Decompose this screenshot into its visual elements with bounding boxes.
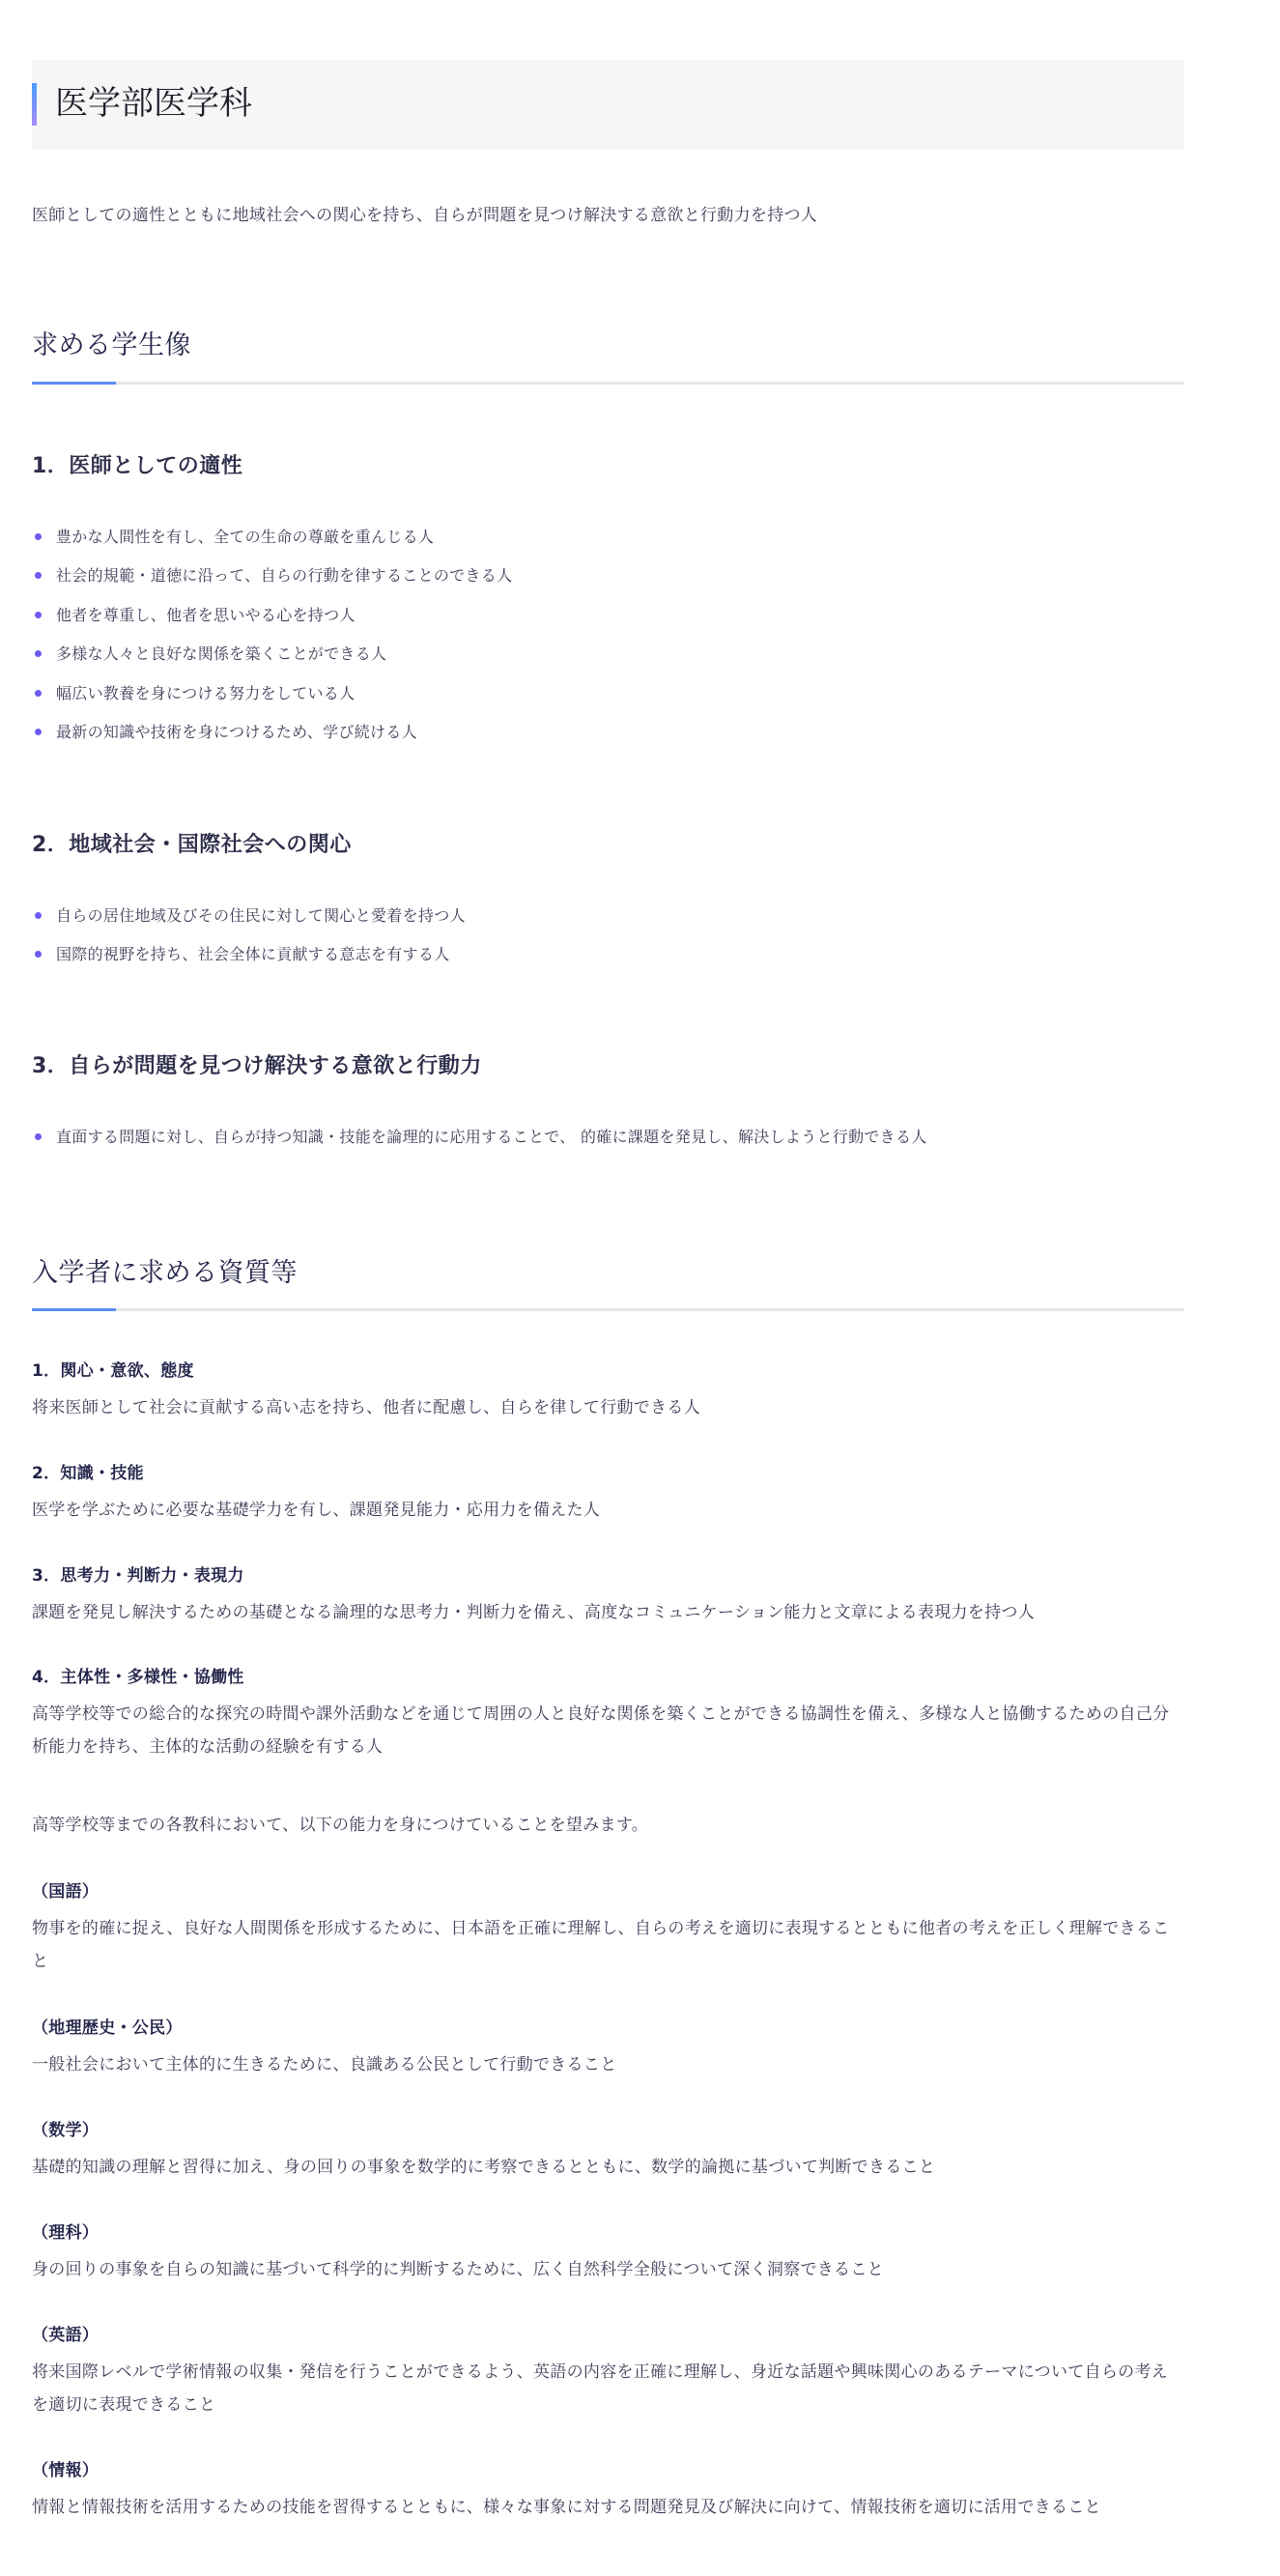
section-divider <box>32 1308 1184 1311</box>
quality-item: 4．主体性・多様性・協働性 高等学校等での総合的な探究の時間や課外活動などを通じ… <box>32 1665 1184 1763</box>
list-item: 豊かな人間性を有し、全ての生命の尊厳を重んじる人 <box>32 527 512 565</box>
quality-item: 3．思考力・判断力・表現力 課題を発見し解決するための基礎となる論理的な思考力・… <box>32 1563 1184 1629</box>
subject-text: 物事を的確に捉え、良好な人間関係を形成するために、日本語を正確に理解し、自らの考… <box>32 1912 1184 1978</box>
section-divider <box>32 382 1184 385</box>
list-item: 社会的規範・道徳に沿って、自らの行動を律することのできる人 <box>32 565 512 604</box>
community-list: 自らの居住地域及びその住民に対して関心と愛着を持つ人 国際的視野を持ち、社会全体… <box>32 905 466 984</box>
quality-label: 3．思考力・判断力・表現力 <box>32 1563 1184 1589</box>
subject-label: （英語） <box>32 2323 1184 2348</box>
lead-text: 医師としての適性とともに地域社会への関心を持ち、自らが問題を見つけ解決する意欲と… <box>32 203 817 228</box>
quality-label: 2．知識・技能 <box>32 1461 1184 1486</box>
quality-label: 4．主体性・多様性・協働性 <box>32 1665 1184 1690</box>
bullet-dot-icon <box>35 729 42 735</box>
subject-label: （情報） <box>32 2458 1184 2483</box>
subjects-intro: 高等学校等までの各教科において、以下の能力を身につけていることを望みます。 <box>32 1813 648 1838</box>
group-heading-problem-solving: 3．自らが問題を見つけ解決する意欲と行動力 <box>32 1052 482 1081</box>
quality-text: 将来医師として社会に貢献する高い志を持ち、他者に配慮し、自らを律して行動できる人 <box>32 1391 1184 1424</box>
quality-text: 課題を発見し解決するための基礎となる論理的な思考力・判断力を備え、高度なコミュニ… <box>32 1596 1184 1629</box>
bullet-dot-icon <box>35 533 42 540</box>
quality-text: 高等学校等での総合的な探究の時間や課外活動などを通じて周囲の人と良好な関係を築く… <box>32 1698 1184 1763</box>
list-item: 自らの居住地域及びその住民に対して関心と愛着を持つ人 <box>32 905 466 944</box>
subject-item-math: （数学） 基礎的知識の理解と習得に加え、身の回りの事象を数学的に考察できるととも… <box>32 2118 1184 2184</box>
list-item: 最新の知識や技術を身につけるため、学び続ける人 <box>32 722 512 760</box>
subject-item-science: （理科） 身の回りの事象を自らの知識に基づいて科学的に判断するために、広く自然科… <box>32 2220 1184 2286</box>
list-item: 国際的視野を持ち、社会全体に貢献する意志を有する人 <box>32 944 466 983</box>
title-accent-bar <box>32 83 37 126</box>
subject-text: 一般社会において主体的に生きるために、良識ある公民として行動できること <box>32 2048 1184 2081</box>
quality-text: 医学を学ぶために必要な基礎学力を有し、課題発見能力・応用力を備えた人 <box>32 1494 1184 1527</box>
aptitude-list: 豊かな人間性を有し、全ての生命の尊厳を重んじる人 社会的規範・道徳に沿って、自ら… <box>32 527 512 760</box>
group-heading-aptitude: 1．医師としての適性 <box>32 452 242 481</box>
subject-label: （国語） <box>32 1879 1184 1904</box>
subject-label: （理科） <box>32 2220 1184 2246</box>
problem-solving-list: 直面する問題に対し、自らが持つ知識・技能を論理的に応用することで、 的確に課題を… <box>32 1127 927 1165</box>
subject-label: （地理歴史・公民） <box>32 2016 1184 2041</box>
bullet-dot-icon <box>35 572 42 579</box>
page-title-box: 医学部医学科 <box>32 60 1184 150</box>
subject-text: 基礎的知識の理解と習得に加え、身の回りの事象を数学的に考察できるとともに、数学的… <box>32 2151 1184 2184</box>
section-divider-accent <box>32 382 116 385</box>
subject-text: 身の回りの事象を自らの知識に基づいて科学的に判断するために、広く自然科学全般につ… <box>32 2253 1184 2286</box>
subject-text: 将来国際レベルで学術情報の収集・発信を行うことができるよう、英語の内容を正確に理… <box>32 2356 1184 2421</box>
section-divider-accent <box>32 1308 116 1311</box>
group-heading-community: 2．地域社会・国際社会への関心 <box>32 831 352 860</box>
list-item: 幅広い教養を身につける努力をしている人 <box>32 683 512 722</box>
quality-item: 2．知識・技能 医学を学ぶために必要な基礎学力を有し、課題発見能力・応用力を備え… <box>32 1461 1184 1527</box>
subject-label: （数学） <box>32 2118 1184 2143</box>
bullet-dot-icon <box>35 650 42 657</box>
section-heading-qualities: 入学者に求める資質等 <box>32 1256 298 1291</box>
section-heading-student-image: 求める学生像 <box>32 329 191 363</box>
page-title: 医学部医学科 <box>55 81 252 126</box>
subject-text: 情報と情報技術を活用するための技能を習得するとともに、様々な事象に対する問題発見… <box>32 2491 1184 2524</box>
subject-item-information: （情報） 情報と情報技術を活用するための技能を習得するとともに、様々な事象に対す… <box>32 2458 1184 2524</box>
quality-item: 1．関心・意欲、態度 将来医師として社会に貢献する高い志を持ち、他者に配慮し、自… <box>32 1359 1184 1424</box>
quality-label: 1．関心・意欲、態度 <box>32 1359 1184 1384</box>
list-item: 他者を尊重し、他者を思いやる心を持つ人 <box>32 605 512 644</box>
subject-item-english: （英語） 将来国際レベルで学術情報の収集・発信を行うことができるよう、英語の内容… <box>32 2323 1184 2421</box>
bullet-dot-icon <box>35 612 42 618</box>
subject-item-japanese: （国語） 物事を的確に捉え、良好な人間関係を形成するために、日本語を正確に理解し… <box>32 1879 1184 1978</box>
list-item: 直面する問題に対し、自らが持つ知識・技能を論理的に応用することで、 的確に課題を… <box>32 1127 927 1165</box>
subject-item-geography-history-civics: （地理歴史・公民） 一般社会において主体的に生きるために、良識ある公民として行動… <box>32 2016 1184 2081</box>
bullet-dot-icon <box>35 1133 42 1140</box>
bullet-dot-icon <box>35 690 42 697</box>
list-item: 多様な人々と良好な関係を築くことができる人 <box>32 644 512 682</box>
bullet-dot-icon <box>35 912 42 919</box>
bullet-dot-icon <box>35 951 42 958</box>
